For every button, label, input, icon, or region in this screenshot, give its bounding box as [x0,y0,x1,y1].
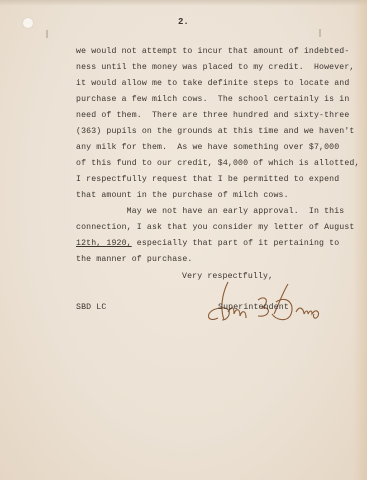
paper-edge [353,0,367,480]
body-line: 12th, 1920, especially that part of it p… [76,239,339,249]
initials: SBD LC [76,303,106,313]
body-line: it would allow me to take definite steps… [76,79,349,89]
body-line: purchase a few milch cows. The school ce… [76,95,349,105]
page-number: 2. [178,17,189,27]
body-line: I respectfully request that I be permitt… [76,175,339,185]
body-line: connection, I ask that you consider my l… [76,223,354,233]
staple-mark [46,30,48,38]
body-line: any milk for them. As we have something … [76,143,339,153]
underlined-date: 12th, 1920, [76,239,132,248]
date-line-rest: especially that part of it pertaining to [132,239,340,248]
letter-page: 2. we would not attempt to incur that am… [0,0,367,480]
body-line: need of them. There are three hundred an… [76,111,349,121]
body-line: that amount in the purchase of milch cow… [76,191,289,201]
body-line: (363) pupils on the grounds at this time… [76,127,354,137]
paper-edge [0,0,367,6]
body-line: we would not attempt to incur that amoun… [76,47,349,57]
body-line: of this fund to our credit, $4,000 of wh… [76,159,360,169]
punch-hole [23,18,33,28]
body-line: May we not have an early approval. In th… [76,207,344,217]
staple-mark [319,29,321,37]
body-line: ness until the money was placed to my cr… [76,63,354,73]
signer-title: Superintendent [218,303,289,313]
body-line: the manner of purchase. [76,255,192,265]
